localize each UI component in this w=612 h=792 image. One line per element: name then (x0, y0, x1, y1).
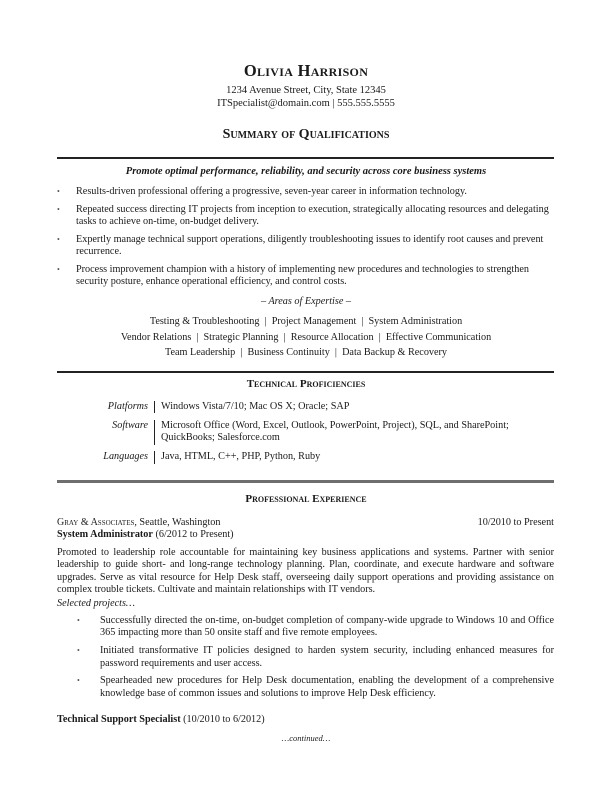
expertise-line: Team Leadership | Business Continuity | … (0, 345, 612, 361)
selected-projects-label: Selected projects… (57, 598, 554, 610)
table-row: Languages Java, HTML, C++, PHP, Python, … (57, 451, 557, 463)
table-row: Platforms Windows Vista/7/10; Mac OS X; … (57, 401, 557, 413)
address: 1234 Avenue Street, City, State 12345 (0, 84, 612, 97)
technical-heading: Technical Proficiencies (0, 378, 612, 390)
continued-note: …continued… (0, 733, 612, 743)
job-title-line: Technical Support Specialist (10/2010 to… (57, 714, 554, 726)
job-dates: (6/2012 to Present) (153, 529, 234, 540)
expertise-line: Testing & Troubleshooting | Project Mana… (0, 314, 612, 330)
list-item: •Results-driven professional offering a … (57, 186, 557, 198)
bullet-icon: • (57, 204, 60, 216)
employer-line: Gray & Associates, Seattle, Washington 1… (57, 517, 554, 529)
summary-bullets: •Results-driven professional offering a … (57, 186, 557, 294)
technical-proficiencies-table: Platforms Windows Vista/7/10; Mac OS X; … (57, 401, 557, 470)
job-title-line: System Administrator (6/2012 to Present) (57, 529, 554, 541)
summary-heading: Summary of Qualifications (0, 127, 612, 143)
section-divider (57, 157, 554, 159)
bullet-icon: • (57, 234, 60, 246)
bullet-icon: • (57, 186, 60, 198)
employment-dates: 10/2010 to Present (478, 517, 554, 529)
bullet-icon: • (57, 264, 60, 276)
list-item: •Process improvement champion with a his… (57, 264, 557, 289)
list-item: •Initiated transformative IT policies de… (57, 645, 554, 670)
bullet-icon: • (77, 645, 80, 657)
summary-tagline: Promote optimal performance, reliability… (0, 166, 612, 177)
row-label: Platforms (57, 401, 154, 413)
job-title: Technical Support Specialist (57, 714, 181, 725)
row-value: Java, HTML, C++, PHP, Python, Ruby (154, 451, 557, 463)
row-label: Software (57, 420, 154, 445)
contact-info: ITSpecialist@domain.com | 555.555.5555 (0, 97, 612, 110)
list-item: •Repeated success directing IT projects … (57, 204, 557, 229)
section-divider (57, 371, 554, 373)
list-item: •Spearheaded new procedures for Help Des… (57, 675, 554, 700)
company-location: Seattle, Washington (137, 517, 221, 528)
candidate-name: Olivia Harrison (0, 61, 612, 81)
job-title: System Administrator (57, 529, 153, 540)
row-value: Windows Vista/7/10; Mac OS X; Oracle; SA… (154, 401, 557, 413)
table-row: Software Microsoft Office (Word, Excel, … (57, 420, 557, 445)
company-name: Gray & Associates, (57, 517, 137, 528)
bullet-icon: • (77, 675, 80, 687)
experience-heading: Professional Experience (0, 493, 612, 505)
list-item: •Expertly manage technical support opera… (57, 234, 557, 259)
section-divider (57, 480, 554, 483)
bullet-icon: • (77, 615, 80, 627)
job-description: Promoted to leadership role accountable … (57, 547, 554, 597)
row-value: Microsoft Office (Word, Excel, Outlook, … (154, 420, 557, 445)
row-label: Languages (57, 451, 154, 463)
list-item: •Successfully directed the on-time, on-b… (57, 615, 554, 640)
expertise-line: Vendor Relations | Strategic Planning | … (0, 330, 612, 346)
resume-page: Olivia Harrison 1234 Avenue Street, City… (0, 0, 612, 792)
project-bullets: •Successfully directed the on-time, on-b… (57, 615, 554, 705)
job-dates: (10/2010 to 6/2012) (181, 714, 265, 725)
areas-of-expertise-heading: – Areas of Expertise – (0, 296, 612, 307)
